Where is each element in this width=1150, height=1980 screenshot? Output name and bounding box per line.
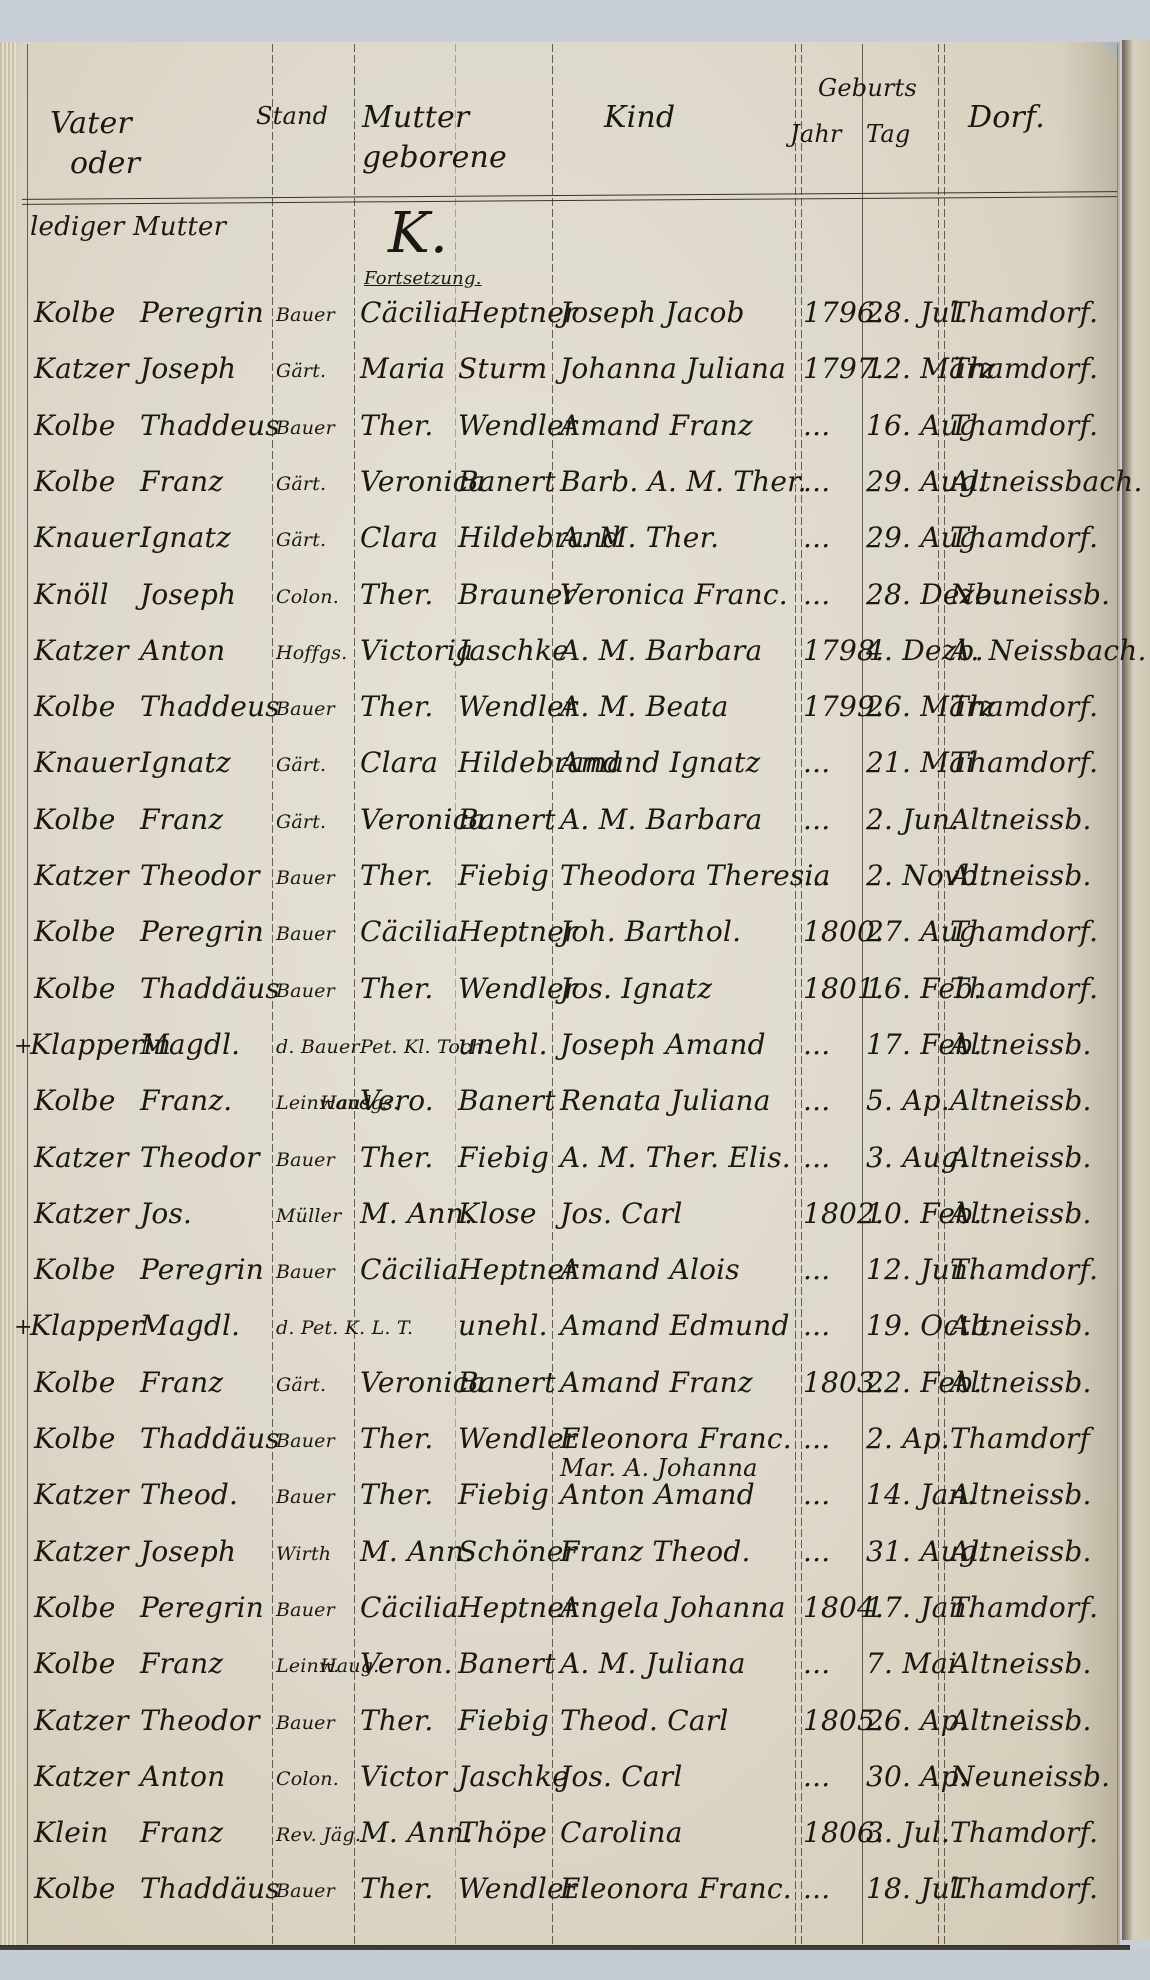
- child-name: Angela Johanna: [560, 1591, 786, 1624]
- mother-given-name: Cäcilia: [360, 296, 459, 329]
- father-surname: Kolbe: [34, 972, 115, 1005]
- mother-given-name: Cäcilia: [360, 915, 459, 948]
- father-surname: Kolbe: [34, 296, 115, 329]
- status-extra: Haug.: [320, 1655, 379, 1677]
- birth-year: ...: [803, 465, 830, 498]
- status: Bauer: [276, 1149, 335, 1171]
- birth-year: ...: [803, 1760, 830, 1793]
- village: Thamdorf.: [950, 1253, 1098, 1286]
- father-given-name: Jos.: [140, 1197, 192, 1230]
- birth-year: ...: [803, 859, 830, 892]
- father-given-name: Anton: [140, 1760, 225, 1793]
- father-given-name: Franz: [140, 465, 223, 498]
- father-given-name: Peregrin: [140, 1253, 264, 1286]
- father-given-name: Franz.: [140, 1084, 232, 1117]
- status: Gärt.: [276, 754, 326, 776]
- father-surname: Katzer: [34, 1141, 129, 1174]
- mother-surname: Fiebig: [458, 859, 549, 892]
- mother-given-name: Clara: [360, 521, 438, 554]
- father-given-name: Thaddeus: [140, 690, 280, 723]
- father-given-name: Theod.: [140, 1478, 238, 1511]
- child-name: Jos. Ignatz: [560, 972, 712, 1005]
- status: Müller: [276, 1205, 341, 1227]
- mother-surname: Thöpe: [458, 1816, 547, 1849]
- village: Neuneissb.: [950, 578, 1110, 611]
- father-surname: Klein: [34, 1816, 108, 1849]
- father-surname: Kolbe: [34, 1253, 115, 1286]
- father-given-name: Theodor: [140, 859, 260, 892]
- mother-given-name: Clara: [360, 746, 438, 779]
- birth-day: 7. Mai: [866, 1647, 957, 1680]
- header-year: Jahr: [790, 118, 842, 150]
- father-given-name: Anton: [140, 634, 225, 667]
- father-given-name: Franz: [140, 1366, 223, 1399]
- birth-year: ...: [803, 746, 830, 779]
- mother-surname: Banert: [458, 1084, 556, 1117]
- ruling-child-year-a: [795, 44, 796, 1944]
- child-name: A. M. Ther.: [560, 521, 719, 554]
- village: Altneissb.: [950, 1084, 1092, 1117]
- father-surname: Kolbe: [34, 690, 115, 723]
- child-name: Theodora Theresia: [560, 859, 831, 892]
- father-given-name: Magdl.: [140, 1309, 240, 1342]
- mother-given-name: Ther.: [360, 1704, 434, 1737]
- mother-surname: Banert: [458, 465, 556, 498]
- status: Colon.: [276, 1768, 339, 1790]
- birth-year: ...: [803, 803, 830, 836]
- village: Altneissb.: [950, 1141, 1092, 1174]
- child-name: Amand Alois: [560, 1253, 740, 1286]
- birth-year: ...: [803, 1253, 830, 1286]
- child-name: A. M. Beata: [560, 690, 728, 723]
- child-name: Barb. A. M. Ther.: [560, 465, 807, 498]
- status: Bauer: [276, 867, 335, 889]
- village: Thamdorf.: [950, 296, 1098, 329]
- mother-given-name: Cäcilia: [360, 1591, 459, 1624]
- child-name: Carolina: [560, 1816, 683, 1849]
- child-name: Amand Ignatz: [560, 746, 760, 779]
- village: Altneissbach.: [950, 465, 1143, 498]
- status: d. Pet. K. L. T.: [276, 1317, 413, 1339]
- ruling-right-margin: [1117, 44, 1118, 1944]
- village: Thamdorf.: [950, 352, 1098, 385]
- father-surname: Knöll: [34, 578, 109, 611]
- birth-year: ...: [803, 409, 830, 442]
- village: Thamdorf.: [950, 1591, 1098, 1624]
- status: Bauer: [276, 1430, 335, 1452]
- mother-given-name: Ther.: [360, 409, 434, 442]
- birth-day: 2. Jun.: [866, 803, 959, 836]
- status: Bauer: [276, 417, 335, 439]
- status: Gärt.: [276, 1374, 326, 1396]
- father-surname: Kolbe: [34, 1647, 115, 1680]
- father-surname: Klapper: [30, 1309, 144, 1342]
- status: Bauer: [276, 1261, 335, 1283]
- adjacent-page-edge: [1122, 40, 1150, 1940]
- child-name: Jos. Carl: [560, 1197, 683, 1230]
- status: Bauer: [276, 1599, 335, 1621]
- village: Altneissb.: [950, 1647, 1092, 1680]
- child-name: Anton Amand: [560, 1478, 755, 1511]
- status: Bauer: [276, 923, 335, 945]
- child-name: A. M. Barbara: [560, 634, 762, 667]
- mother-surname: unehl.: [458, 1028, 548, 1061]
- child-name: Theod. Carl: [560, 1704, 729, 1737]
- birth-year: ...: [803, 1872, 830, 1905]
- child-name: Jos. Carl: [560, 1760, 683, 1793]
- father-given-name: Joseph: [140, 1535, 236, 1568]
- mother-surname: Fiebig: [458, 1704, 549, 1737]
- birth-year: ...: [803, 1478, 830, 1511]
- mother-given-name: Ther.: [360, 1872, 434, 1905]
- father-surname: Katzer: [34, 1535, 129, 1568]
- mother-given-name: Cäcilia: [360, 1253, 459, 1286]
- birth-year: ...: [803, 1028, 830, 1061]
- village: Altneissb.: [950, 1028, 1092, 1061]
- ruling-left-margin: [27, 44, 28, 1944]
- village: Altneissb.: [950, 1535, 1092, 1568]
- section-letter: K.: [388, 206, 448, 262]
- mother-surname: Klose: [458, 1197, 537, 1230]
- child-name: A. M. Barbara: [560, 803, 762, 836]
- father-surname: Kolbe: [34, 1591, 115, 1624]
- header-father-line2: oder: [70, 148, 140, 180]
- birth-year: ...: [803, 1535, 830, 1568]
- mother-given-name: Ther.: [360, 690, 434, 723]
- mother-given-name: M. Ann.: [360, 1816, 473, 1849]
- birth-day: 2. Ap.: [866, 1422, 950, 1455]
- ruling-child-year-b: [801, 44, 802, 1944]
- father-surname: Kolbe: [34, 1872, 115, 1905]
- mother-given-name: Ther.: [360, 1478, 434, 1511]
- child-name: Joseph Amand: [560, 1028, 766, 1061]
- father-given-name: Theodor: [140, 1704, 260, 1737]
- mother-surname: Banert: [458, 1647, 556, 1680]
- birth-year: ...: [803, 1141, 830, 1174]
- mother-given-name: Victor: [360, 1760, 447, 1793]
- father-surname: Katzer: [34, 634, 129, 667]
- birth-year: ...: [803, 1422, 830, 1455]
- father-surname: Katzer: [34, 1197, 129, 1230]
- status: Rev. Jäg.: [276, 1824, 361, 1846]
- scan-backdrop-bottom: [0, 1950, 1150, 1980]
- village: Thamdorf.: [950, 409, 1098, 442]
- village: Thamdorf.: [950, 690, 1098, 723]
- child-name: Joseph Jacob: [560, 296, 745, 329]
- village: Altneissb.: [950, 859, 1092, 892]
- status: Bauer: [276, 1712, 335, 1734]
- father-given-name: Theodor: [140, 1141, 260, 1174]
- mother-given-name: Ther.: [360, 972, 434, 1005]
- child-name: Johanna Juliana: [560, 352, 786, 385]
- village: Thamdorf.: [950, 746, 1098, 779]
- status: Colon.: [276, 586, 339, 608]
- village: Altneissb.: [950, 1478, 1092, 1511]
- birth-day: 5. Ap.: [866, 1084, 950, 1117]
- child-name: Renata Juliana: [560, 1084, 771, 1117]
- birth-year: ...: [803, 521, 830, 554]
- mother-surname: Jaschke: [458, 1760, 569, 1793]
- father-surname: Kolbe: [34, 1366, 115, 1399]
- father-surname: Kolbe: [34, 803, 115, 836]
- subheader-unmarried-mother: lediger Mutter: [30, 212, 226, 242]
- father-given-name: Franz: [140, 1647, 223, 1680]
- ruling-mother-inner: [455, 44, 456, 1944]
- father-given-name: Thaddäus: [140, 972, 280, 1005]
- village: A. Neissbach.: [950, 634, 1147, 667]
- father-given-name: Peregrin: [140, 296, 264, 329]
- child-name: Veronica Franc.: [560, 578, 788, 611]
- header-day: Tag: [866, 118, 910, 150]
- mother-surname: unehl.: [458, 1309, 548, 1342]
- village: Thamdorf.: [950, 1872, 1098, 1905]
- father-surname: Kolbe: [34, 915, 115, 948]
- village: Altneissb.: [950, 1309, 1092, 1342]
- mother-given-name: Ther.: [360, 1422, 434, 1455]
- mother-surname: Banert: [458, 1366, 556, 1399]
- status: Bauer: [276, 1486, 335, 1508]
- page-stack-edge: [0, 42, 16, 1947]
- birth-year: ...: [803, 1647, 830, 1680]
- father-given-name: Peregrin: [140, 915, 264, 948]
- village: Neuneissb.: [950, 1760, 1110, 1793]
- village: Thamdorf: [950, 1422, 1090, 1455]
- father-surname: Knauer: [34, 746, 139, 779]
- father-surname: Katzer: [34, 352, 129, 385]
- section-continuation-note: Fortsetzung.: [364, 268, 482, 289]
- header-village: Dorf.: [968, 102, 1045, 134]
- birth-day: 3. Jul.: [866, 1816, 950, 1849]
- header-mother-line2: geborene: [362, 142, 507, 174]
- mother-given-name: Ther.: [360, 1141, 434, 1174]
- status: Bauer: [276, 698, 335, 720]
- father-surname: Katzer: [34, 859, 129, 892]
- child-name: Eleonora Franc.: [560, 1422, 792, 1455]
- mother-given-name: Maria: [360, 352, 445, 385]
- father-given-name: Ignatz: [140, 746, 231, 779]
- child-name: A. M. Juliana: [560, 1647, 746, 1680]
- mother-given-name: M. Ann.: [360, 1197, 473, 1230]
- village: Altneissb.: [950, 803, 1092, 836]
- child-name: Eleonora Franc.: [560, 1872, 792, 1905]
- child-name: Amand Franz: [560, 409, 753, 442]
- father-surname: Knauer: [34, 521, 139, 554]
- village: Thamdorf.: [950, 521, 1098, 554]
- status: Wirth: [276, 1543, 331, 1565]
- father-given-name: Joseph: [140, 578, 236, 611]
- father-surname: Kolbe: [34, 1084, 115, 1117]
- mother-surname: Brauner: [458, 578, 576, 611]
- village: Altneissb.: [950, 1366, 1092, 1399]
- mother-given-name: Ther.: [360, 859, 434, 892]
- father-surname: Katzer: [34, 1704, 129, 1737]
- mother-surname: Fiebig: [458, 1478, 549, 1511]
- child-name: Amand Franz: [560, 1366, 753, 1399]
- mother-surname: Jaschke: [458, 634, 569, 667]
- status: Hoffgs.: [276, 642, 347, 664]
- father-given-name: Magdl.: [140, 1028, 240, 1061]
- father-surname: Kolbe: [34, 1422, 115, 1455]
- child-name: Joh. Barthol.: [560, 915, 741, 948]
- village: Thamdorf.: [950, 1816, 1098, 1849]
- father-surname: Kolbe: [34, 409, 115, 442]
- status: Gärt.: [276, 529, 326, 551]
- header-father-line1: Vater: [50, 108, 132, 140]
- header-status: Stand: [256, 100, 328, 132]
- child-name: Franz Theod.: [560, 1535, 751, 1568]
- father-surname: Katzer: [34, 1760, 129, 1793]
- father-given-name: Franz: [140, 803, 223, 836]
- birth-year: ...: [803, 1084, 830, 1117]
- mother-given-name: M. Ann.: [360, 1535, 473, 1568]
- header-child: Kind: [604, 102, 675, 134]
- status: Bauer: [276, 304, 335, 326]
- father-given-name: Joseph: [140, 352, 236, 385]
- header-birth: Geburts: [818, 72, 917, 104]
- status-extra: Hausgs.: [320, 1092, 399, 1114]
- mother-surname: Sturm: [458, 352, 547, 385]
- child-name: Amand Edmund: [560, 1309, 790, 1342]
- village: Altneissb.: [950, 1704, 1092, 1737]
- father-given-name: Franz: [140, 1816, 223, 1849]
- header-mother-line1: Mutter: [362, 102, 469, 134]
- birth-year: ...: [803, 1309, 830, 1342]
- village: Altneissb.: [950, 1197, 1092, 1230]
- father-surname: Kolbe: [34, 465, 115, 498]
- mother-surname: Fiebig: [458, 1141, 549, 1174]
- father-given-name: Thaddeus: [140, 409, 280, 442]
- status: Bauer: [276, 980, 335, 1002]
- status: d. Bauer: [276, 1036, 360, 1058]
- father-given-name: Thaddäus: [140, 1872, 280, 1905]
- father-given-name: Peregrin: [140, 1591, 264, 1624]
- father-surname: Katzer: [34, 1478, 129, 1511]
- birth-year: ...: [803, 578, 830, 611]
- village: Thamdorf.: [950, 915, 1098, 948]
- father-given-name: Ignatz: [140, 521, 231, 554]
- mother-given-name: Victoria: [360, 634, 473, 667]
- father-given-name: Thaddäus: [140, 1422, 280, 1455]
- status: Gärt.: [276, 360, 326, 382]
- status: Gärt.: [276, 473, 326, 495]
- status: Gärt.: [276, 811, 326, 833]
- status: Bauer: [276, 1880, 335, 1902]
- child-name: A. M. Ther. Elis.: [560, 1141, 791, 1174]
- village: Thamdorf.: [950, 972, 1098, 1005]
- mother-surname: Banert: [458, 803, 556, 836]
- mother-given-name: Ther.: [360, 578, 434, 611]
